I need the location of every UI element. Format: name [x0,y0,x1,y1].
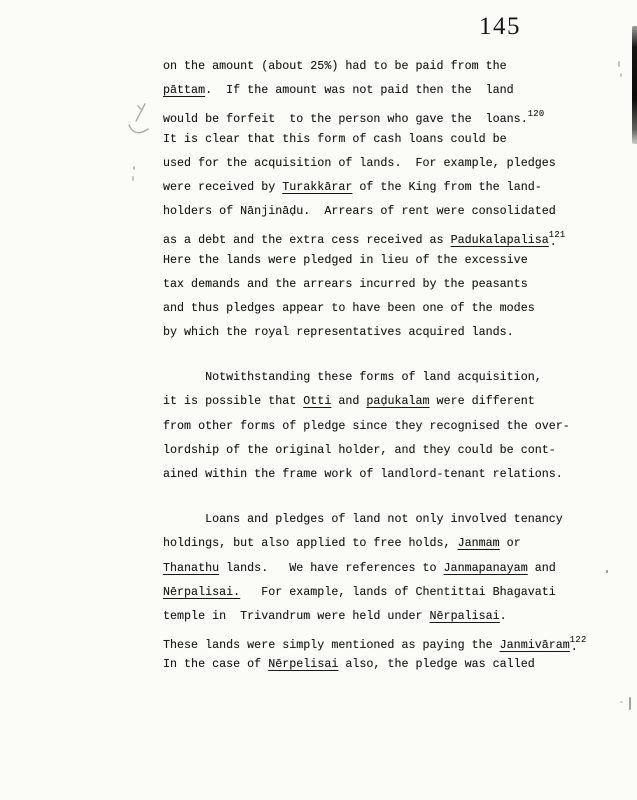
text-line: These lands were simply mentioned as pay… [163,628,587,652]
paragraph: Notwithstanding these forms of land acqu… [163,365,587,486]
text-segment: by which the royal representatives acqui… [163,325,514,339]
page-number: 145 [479,13,521,41]
text-line: by which the royal representatives acqui… [163,320,587,344]
text-segment: as a debt and the extra cess received as [163,233,451,247]
text-line: Here the lands were pledged in lieu of t… [163,248,587,272]
text-segment: tax demands and the arrears incurred by … [163,277,528,291]
text-segment: and [331,394,366,408]
text-line: tax demands and the arrears incurred by … [163,272,587,296]
text-segment: and thus pledges appear to have been one… [163,301,535,315]
text-line: and thus pledges appear to have been one… [163,296,587,320]
text-segment: In the case of [163,657,268,671]
text-line: used for the acquisition of lands. For e… [163,151,587,175]
footnote-ref: 122. [570,628,587,657]
underlined-term: Nērpalisai [430,609,500,623]
text-line: Loans and pledges of land not only invol… [163,507,587,531]
text-line: holders of Nānjināḍu. Arrears of rent we… [163,199,587,223]
text-line: ained within the frame work of landlord-… [163,462,587,486]
scan-speck [133,166,135,170]
scan-speck [620,73,622,77]
paragraph: on the amount (about 25%) had to be paid… [163,54,587,344]
scan-artifact-bar [632,26,637,144]
underlined-term: Padukalapalisa [451,233,549,247]
scanned-document-page: 145 on the amount (about 25%) had to be … [0,0,637,800]
text-line: temple in Trivandrum were held under Nēr… [163,604,587,628]
text-segment: it is possible that [163,394,303,408]
text-segment: These lands were simply mentioned as pay… [163,638,500,652]
text-segment: Loans and pledges of land not only invol… [163,512,563,526]
text-line: it is possible that Otti and paḍukalam w… [163,389,587,413]
text-line: Thanathu lands. We have references to Ja… [163,556,587,580]
text-segment: temple in Trivandrum were held under [163,609,430,623]
scan-speck [606,570,608,573]
text-segment: lands. We have references to [219,561,443,575]
text-segment: on the amount (about 25%) had to be paid… [163,59,507,73]
text-line: would be forfeit to the person who gave … [163,102,587,126]
text-line: Notwithstanding these forms of land acqu… [163,365,587,389]
text-segment: . [500,609,507,623]
text-line: as a debt and the extra cess received as… [163,223,587,247]
text-segment: ained within the frame work of landlord-… [163,467,563,481]
underlined-term: Janmivāram [500,638,570,652]
underlined-term: paḍukalam [366,394,429,408]
pencil-annotation-mark [124,100,162,146]
text-segment: holders of Nānjināḍu. Arrears of rent we… [163,204,556,218]
text-line: were received by Turakkārar of the King … [163,175,587,199]
footnote-ref: 121. [549,223,566,252]
scan-speck [620,701,623,703]
text-line: It is clear that this form of cash loans… [163,127,587,151]
text-line: In the case of Nērpelisai also, the pled… [163,652,587,676]
text-line: pāttam. If the amount was not paid then … [163,78,587,102]
text-line: from other forms of pledge since they re… [163,414,587,438]
footnote-ref: 120 [528,109,545,119]
text-segment: holdings, but also applied to free holds… [163,536,458,550]
underlined-term: Janmapanayam [444,561,528,575]
text-segment: Notwithstanding these forms of land acqu… [163,370,542,384]
text-segment: were received by [163,180,282,194]
underlined-term: Otti [303,394,331,408]
underlined-term: Thanathu [163,561,219,575]
underlined-term: Nērpelisai [268,657,338,671]
text-block: on the amount (about 25%) had to be paid… [163,54,587,698]
paragraph: Loans and pledges of land not only invol… [163,507,587,676]
text-line: on the amount (about 25%) had to be paid… [163,54,587,78]
text-segment: of the King from the land- [352,180,541,194]
text-segment: or [500,536,521,550]
text-segment: It is clear that this form of cash loans… [163,132,507,146]
text-segment: used for the acquisition of lands. For e… [163,156,556,170]
text-segment: For example, lands of Chentittai Bhagava… [240,585,556,599]
underlined-term: Janmam [458,536,500,550]
text-line: Nērpalisai. For example, lands of Chenti… [163,580,587,604]
text-line: holdings, but also applied to free holds… [163,531,587,555]
scan-speck [132,176,134,181]
text-line: lordship of the original holder, and the… [163,438,587,462]
text-segment: and [528,561,556,575]
text-segment: were different [430,394,535,408]
scan-speck [629,697,631,710]
text-segment: from other forms of pledge since they re… [163,419,570,433]
scan-speck [618,61,620,67]
underlined-term: pāttam [163,83,205,97]
text-segment: also, the pledge was called [338,657,534,671]
underlined-term: Turakkārar [282,180,352,194]
text-segment: Here the lands were pledged in lieu of t… [163,253,528,267]
text-segment: lordship of the original holder, and the… [163,443,556,457]
underlined-term: Nērpalisai. [163,585,240,599]
text-segment: . If the amount was not paid then the la… [205,83,514,97]
text-segment: would be forfeit to the person who gave … [163,112,528,126]
